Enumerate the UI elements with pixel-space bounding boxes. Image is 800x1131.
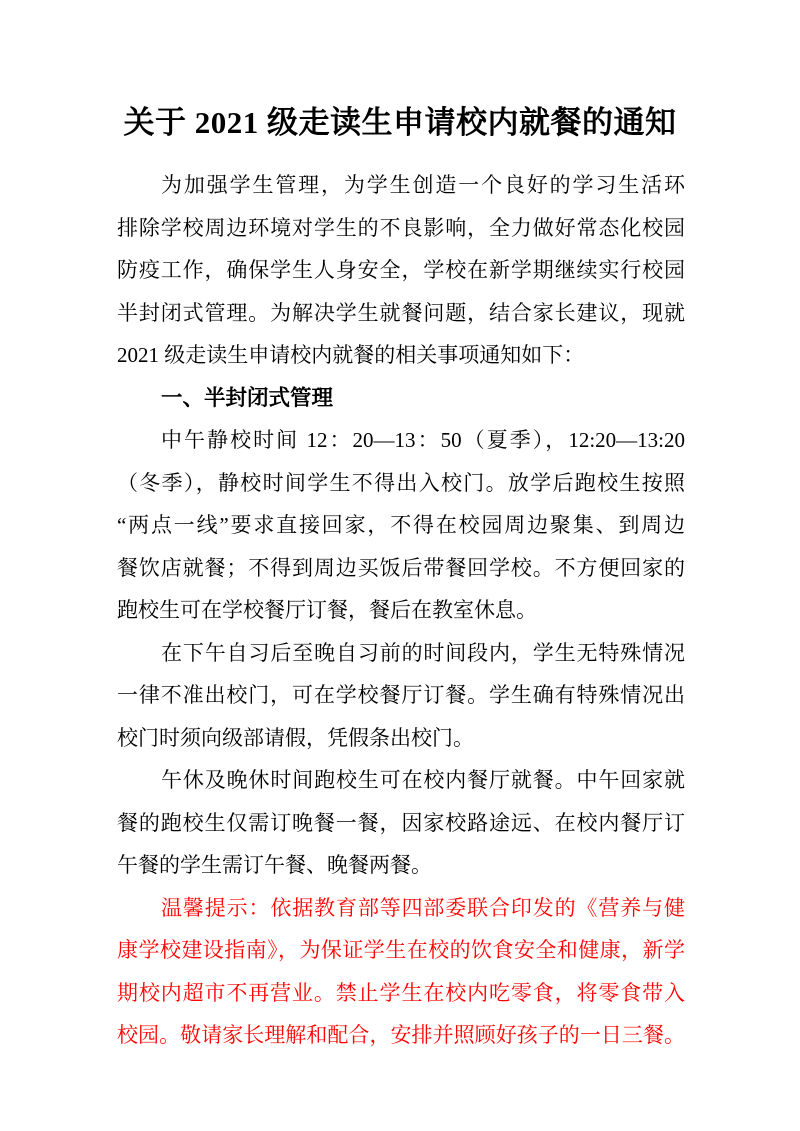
tip-line: 校园。敬请家长理解和配合，安排并照顾好孩子的一日三餐。 <box>117 1014 685 1057</box>
paragraph-line: 跑校生可在学校餐厅订餐，餐后在教室休息。 <box>117 589 685 632</box>
tip-line: 温馨提示：依据教育部等四部委联合印发的《营养与健 <box>117 887 685 930</box>
paragraph-line: “两点一线”要求直接回家，不得在校园周边聚集、到周边 <box>117 504 685 547</box>
section-heading: 一、半封闭式管理 <box>117 377 685 420</box>
paragraph-line: 防疫工作，确保学生人身安全，学校在新学期继续实行校园 <box>117 249 685 292</box>
notice-body: 为加强学生管理，为学生创造一个良好的学习生活环境， 排除学校周边环境对学生的不良… <box>117 164 685 1057</box>
paragraph-line: 一律不准出校门，可在学校餐厅订餐。学生确有特殊情况出 <box>117 674 685 717</box>
paragraph-line: 半封闭式管理。为解决学生就餐问题，结合家长建议，现就 <box>117 292 685 335</box>
paragraph-line: 校门时须向级部请假，凭假条出校门。 <box>117 717 685 760</box>
paragraph-line: （冬季），静校时间学生不得出入校门。放学后跑校生按照 <box>117 462 685 505</box>
paragraph-line: 在下午自习后至晚自习前的时间段内，学生无特殊情况 <box>117 632 685 675</box>
paragraph-line: 中午静校时间 12：20—13：50（夏季），12:20—13:20 <box>117 419 685 462</box>
tip-line: 康学校建设指南》，为保证学生在校的饮食安全和健康，新学 <box>117 929 685 972</box>
paragraph-line: 午休及晚休时间跑校生可在校内餐厅就餐。中午回家就 <box>117 759 685 802</box>
paragraph-line: 排除学校周边环境对学生的不良影响，全力做好常态化校园 <box>117 207 685 250</box>
notice-document-page: 关于 2021 级走读生申请校内就餐的通知 为加强学生管理，为学生创造一个良好的… <box>0 0 800 1131</box>
tip-line: 期校内超市不再营业。禁止学生在校内吃零食，将零食带入 <box>117 972 685 1015</box>
paragraph-line: 餐的跑校生仅需订晚餐一餐，因家校路途远、在校内餐厅订 <box>117 802 685 845</box>
notice-title: 关于 2021 级走读生申请校内就餐的通知 <box>0 100 800 146</box>
paragraph-line: 午餐的学生需订午餐、晚餐两餐。 <box>117 844 685 887</box>
paragraph-line: 餐饮店就餐；不得到周边买饭后带餐回学校。不方便回家的 <box>117 547 685 590</box>
paragraph-line: 2021 级走读生申请校内就餐的相关事项通知如下： <box>117 334 685 377</box>
paragraph-line: 为加强学生管理，为学生创造一个良好的学习生活环境， <box>117 164 685 207</box>
